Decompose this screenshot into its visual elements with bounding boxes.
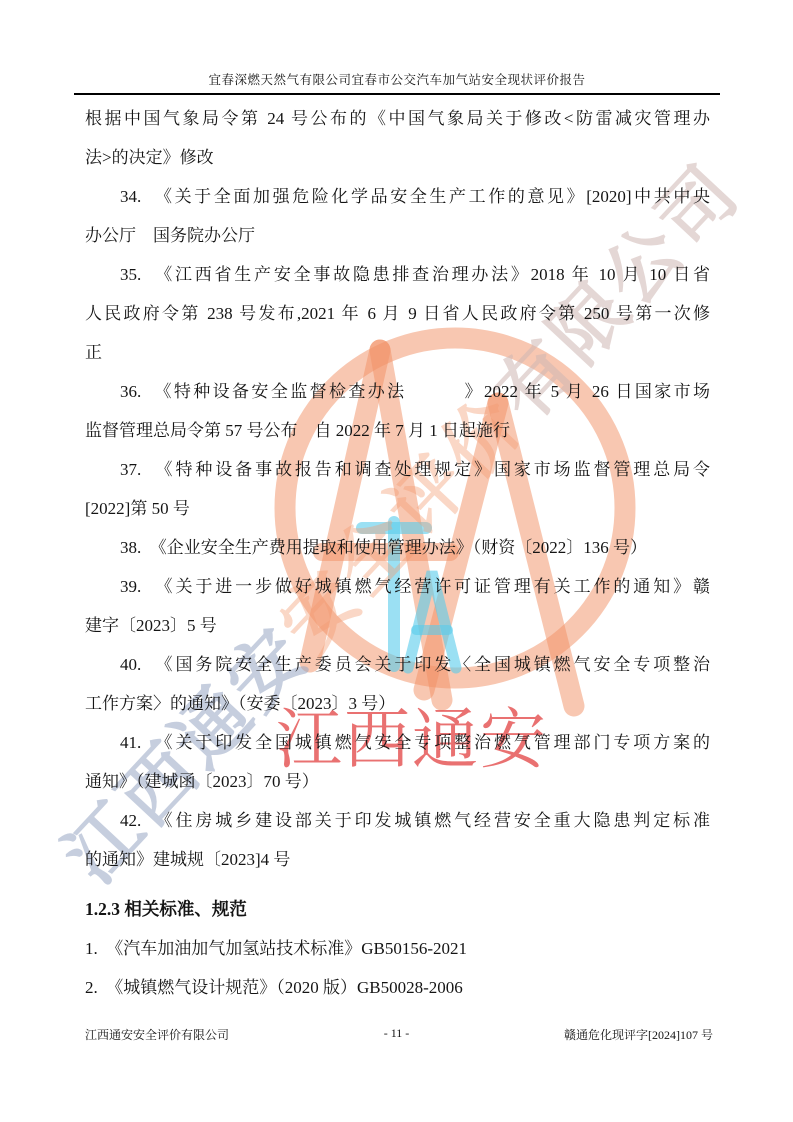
footer-doc-number: 赣通危化现评字[2024]107 号 (564, 1026, 713, 1043)
body-line: [2022]第 50 号 (85, 489, 710, 528)
page-footer: 江西通安安全评价有限公司 - 11 - 赣通危化现评字[2024]107 号 (85, 1026, 713, 1043)
body-line: 法>的决定》修改 (85, 138, 710, 177)
footer-company: 江西通安安全评价有限公司 (85, 1026, 229, 1043)
body-line: 人民政府令第 238 号发布,2021 年 6 月 9 日省人民政府令第 250… (85, 294, 710, 333)
section-heading: 1.2.3 相关标准、规范 (85, 890, 710, 929)
body-content: 根据中国气象局令第 24 号公布的《中国气象局关于修改<防雷减灾管理办法>的决定… (85, 99, 710, 1007)
body-line: 35. 《江西省生产安全事故隐患排查治理办法》2018 年 10 月 10 日省 (85, 255, 710, 294)
body-line: 37. 《特种设备事故报告和调查处理规定》国家市场监督管理总局令 (85, 450, 710, 489)
footer-page-number: - 11 - (384, 1026, 410, 1043)
body-line: 通知》（建城函〔2023〕70 号） (85, 762, 710, 801)
body-line: 1. 《汽车加油加气加氢站技术标准》GB50156-2021 (85, 929, 710, 968)
body-line: 的通知》建城规〔2023]4 号 (85, 840, 710, 879)
body-line: 正 (85, 333, 710, 372)
body-line: 办公厅 国务院办公厅 (85, 216, 710, 255)
body-line: 34. 《关于全面加强危险化学品安全生产工作的意见》[2020]中共中央 (85, 177, 710, 216)
body-line: 39. 《关于进一步做好城镇燃气经营许可证管理有关工作的通知》赣 (85, 567, 710, 606)
body-line: 建字〔2023〕5 号 (85, 606, 710, 645)
body-line: 工作方案〉的通知》（安委〔2023〕3 号） (85, 684, 710, 723)
body-line: 36. 《特种设备安全监督检查办法 》2022 年 5 月 26 日国家市场 (85, 372, 710, 411)
body-line: 根据中国气象局令第 24 号公布的《中国气象局关于修改<防雷减灾管理办 (85, 99, 710, 138)
page-header: 宜春深燃天然气有限公司宜春市公交汽车加气站安全现状评价报告 (74, 70, 720, 95)
body-line: 40. 《国务院安全生产委员会关于印发〈全国城镇燃气安全专项整治 (85, 645, 710, 684)
body-line: 监督管理总局令第 57 号公布 自 2022 年 7 月 1 日起施行 (85, 411, 710, 450)
body-line: 38. 《企业安全生产费用提取和使用管理办法》（财资〔2022〕136 号） (85, 528, 710, 567)
body-line: 2. 《城镇燃气设计规范》（2020 版）GB50028-2006 (85, 968, 710, 1007)
body-line: 41. 《关于印发全国城镇燃气安全专项整治燃气管理部门专项方案的 (85, 723, 710, 762)
report-title: 宜春深燃天然气有限公司宜春市公交汽车加气站安全现状评价报告 (208, 73, 585, 87)
document-page: 江西通安安全评价有限公司 江西通安 宜春深燃天然气有限公司宜春市公交汽车加气站安… (0, 0, 793, 1122)
body-line: 42. 《住房城乡建设部关于印发城镇燃气经营安全重大隐患判定标准 (85, 801, 710, 840)
